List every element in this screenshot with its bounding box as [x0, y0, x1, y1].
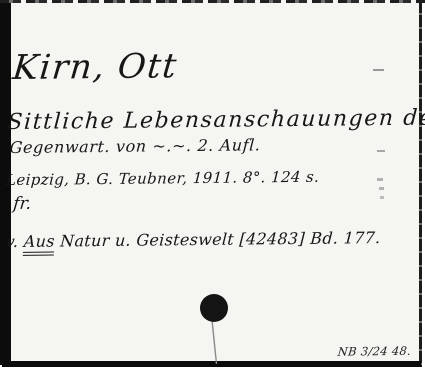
- scan-smudge: [377, 150, 385, 152]
- scan-smudge: [377, 178, 383, 181]
- scanned-catalog-card: Kirn, Ott Sittliche Lebensanschauungen d…: [0, 0, 425, 390]
- scan-smudge: [379, 187, 384, 190]
- scan-smudge: [380, 196, 384, 199]
- punch-hole-overlay: [0, 0, 425, 390]
- punch-hole-thread-line: [212, 320, 217, 364]
- scan-smudge: [373, 69, 384, 71]
- punch-hole: [200, 294, 228, 322]
